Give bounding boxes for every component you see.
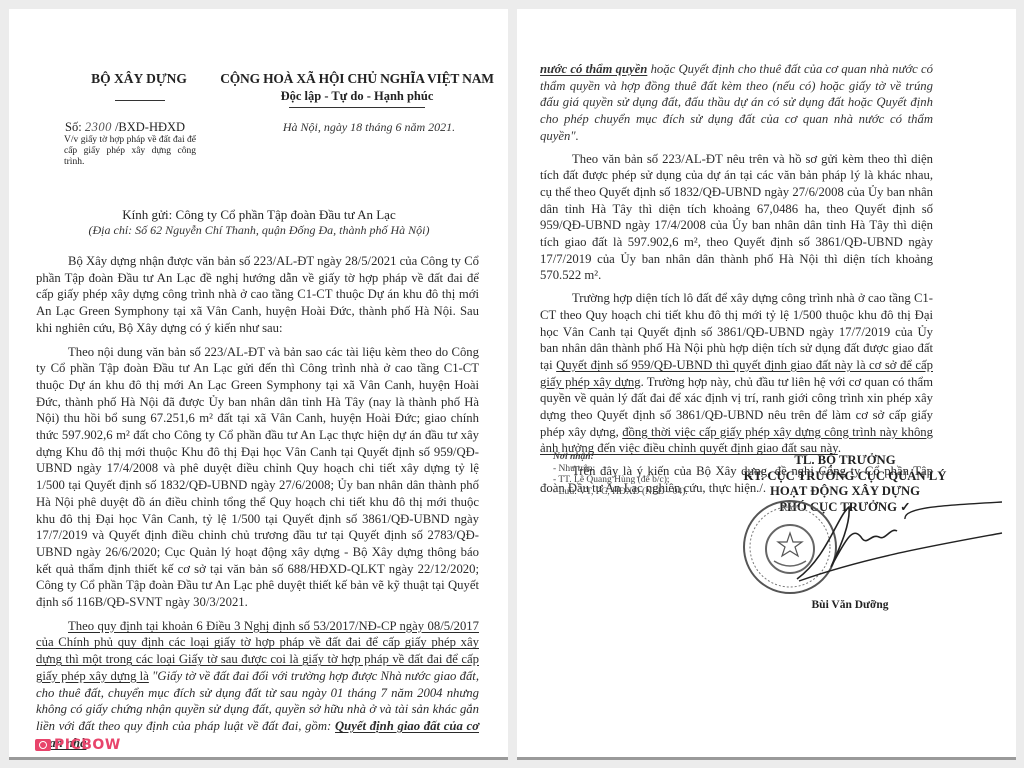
recipient-item: - Lưu: VT, PC, HĐXD (NLĐ - 04). (553, 487, 753, 499)
letter-body-continued: nước có thẩm quyền hoặc Quyết định cho t… (540, 61, 933, 503)
recipient-item: - TT. Lê Quang Hùng (để b/c); (553, 475, 753, 487)
divider (115, 100, 165, 101)
camera-aperture-icon (35, 739, 51, 751)
paragraph: nước có thẩm quyền hoặc Quyết định cho t… (540, 61, 933, 145)
divider (289, 107, 425, 108)
letter-body: Bộ Xây dựng nhận được văn bản số 223/AL-… (36, 253, 479, 751)
recipient-address: (Địa chỉ: Số 62 Nguyễn Chí Thanh, quận Đ… (39, 223, 479, 238)
paragraph: Trường hợp diện tích lô đất để xây dựng … (540, 290, 933, 457)
signer-name: Bùi Văn Dưỡng (775, 599, 925, 611)
handwritten-signature-icon (787, 497, 1007, 587)
national-title: CỘNG HOÀ XÃ HỘI CHỦ NGHĨA VIỆT NAM (212, 71, 502, 87)
national-motto: Độc lập - Tự do - Hạnh phúc (212, 89, 502, 104)
recipient-item: - Như trên; (553, 464, 753, 476)
recipients-label: Nơi nhận: (553, 452, 753, 464)
document-number: Số: 2300 /BXD-HĐXD (65, 120, 225, 135)
document-subject: V/v giấy tờ hợp pháp về đất đai để cấp g… (64, 135, 196, 168)
handwritten-day: 18 (350, 120, 362, 134)
recipient-line: Kính gửi: Công ty Cổ phần Tập đoàn Đầu t… (39, 207, 479, 223)
paragraph: Theo nội dung văn bản số 223/AL-ĐT và bả… (36, 344, 479, 611)
paragraph: Bộ Xây dựng nhận được văn bản số 223/AL-… (36, 253, 479, 337)
paragraph: Theo quy định tại khoản 6 Điều 3 Nghị đị… (36, 618, 479, 752)
paragraph: Theo văn bản số 223/AL-ĐT nêu trên và hồ… (540, 151, 933, 285)
emphasis-text: nước có thẩm quyền (540, 62, 647, 76)
picbow-watermark: PICBOW (35, 737, 121, 753)
document-page-1: BỘ XÂY DỰNG CỘNG HOÀ XÃ HỘI CHỦ NGHĨA VI… (9, 9, 508, 757)
handwritten-number: 2300 (85, 120, 112, 134)
document-date: Hà Nội, ngày 18 tháng 6 năm 2021. (244, 120, 494, 135)
ministry-name: BỘ XÂY DỰNG (75, 71, 203, 87)
document-page-2: nước có thẩm quyền hoặc Quyết định cho t… (517, 9, 1016, 757)
recipients-list: Nơi nhận: - Như trên; - TT. Lê Quang Hùn… (553, 452, 753, 498)
